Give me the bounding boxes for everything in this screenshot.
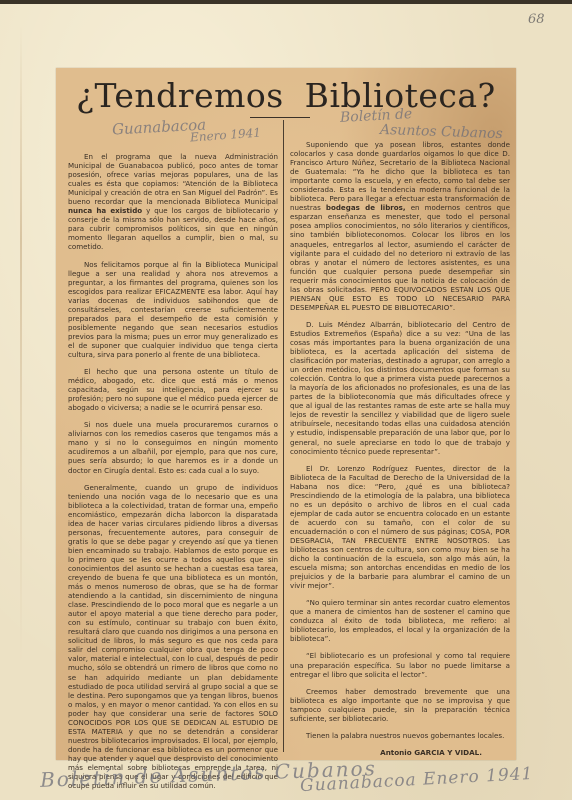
scan-top-edge bbox=[0, 0, 572, 4]
paragraph-text: El Dr. Lorenzo Rodríguez Fuentes, direct… bbox=[290, 464, 510, 591]
article-paragraph: D. Luis Méndez Albarrán, bibliotecario d… bbox=[290, 320, 510, 456]
paragraph-text: Tienen la palabra nuestros nuevos gobern… bbox=[306, 731, 504, 740]
article-paragraph: En el programa que la nueva Administraci… bbox=[68, 152, 278, 252]
paragraph-text: En el programa que la nueva Administraci… bbox=[68, 152, 278, 206]
article-column-left: En el programa que la nueva Administraci… bbox=[68, 152, 278, 798]
paragraph-text: Suponiendo que ya posean libros, estante… bbox=[290, 140, 510, 212]
article-title: ¿Tendremos Biblioteca? bbox=[56, 76, 516, 115]
paper-fold-line bbox=[20, 25, 22, 665]
article-paragraph: Si nos duele una muela procuraremos cura… bbox=[68, 420, 278, 474]
author-signature: Antonio GARCIA Y VIDAL. bbox=[290, 748, 510, 757]
article-paragraph: Suponiendo que ya posean libros, estante… bbox=[290, 140, 510, 312]
emphasized-text: bodegas de libros, bbox=[326, 203, 406, 212]
page-number: 68 bbox=[528, 12, 545, 27]
paragraph-text: en modernos centros que esparzan enseñan… bbox=[290, 203, 510, 312]
article-paragraph: “No quiero terminar sin antes recordar c… bbox=[290, 598, 510, 643]
article-paragraph: Tienen la palabra nuestros nuevos gobern… bbox=[290, 731, 510, 740]
article-column-right: Suponiendo que ya posean libros, estante… bbox=[290, 140, 510, 757]
paragraph-text: Nos felicitamos porque al fin la Bibliot… bbox=[68, 260, 278, 359]
article-paragraph: El hecho que una persona ostente un títu… bbox=[68, 367, 278, 412]
emphasized-text: nunca ha existido bbox=[68, 206, 142, 215]
article-paragraph: “El bibliotecario es un profesional y co… bbox=[290, 651, 510, 678]
paragraph-text: El hecho que una persona ostente un títu… bbox=[68, 367, 278, 412]
article-paragraph: Nos felicitamos porque al fin la Bibliot… bbox=[68, 260, 278, 360]
paragraph-text: “El bibliotecario es un profesional y co… bbox=[290, 651, 510, 678]
article-paragraph: Creemos haber demostrado brevemente que … bbox=[290, 687, 510, 723]
article-paragraph: El Dr. Lorenzo Rodríguez Fuentes, direct… bbox=[290, 464, 510, 591]
paragraph-text: Generalmente, cuando un grupo de individ… bbox=[68, 483, 278, 791]
column-divider bbox=[283, 120, 284, 752]
title-rule bbox=[250, 117, 310, 118]
paragraph-text: Si nos duele una muela procuraremos cura… bbox=[68, 420, 278, 474]
newspaper-clipping: ¿Tendremos Biblioteca? En el programa qu… bbox=[56, 68, 516, 760]
article-paragraph: Generalmente, cuando un grupo de individ… bbox=[68, 483, 278, 791]
paragraph-text: Creemos haber demostrado brevemente que … bbox=[290, 687, 510, 723]
paragraph-text: D. Luis Méndez Albarrán, bibliotecario d… bbox=[290, 320, 510, 456]
paragraph-text: “No quiero terminar sin antes recordar c… bbox=[290, 598, 510, 643]
